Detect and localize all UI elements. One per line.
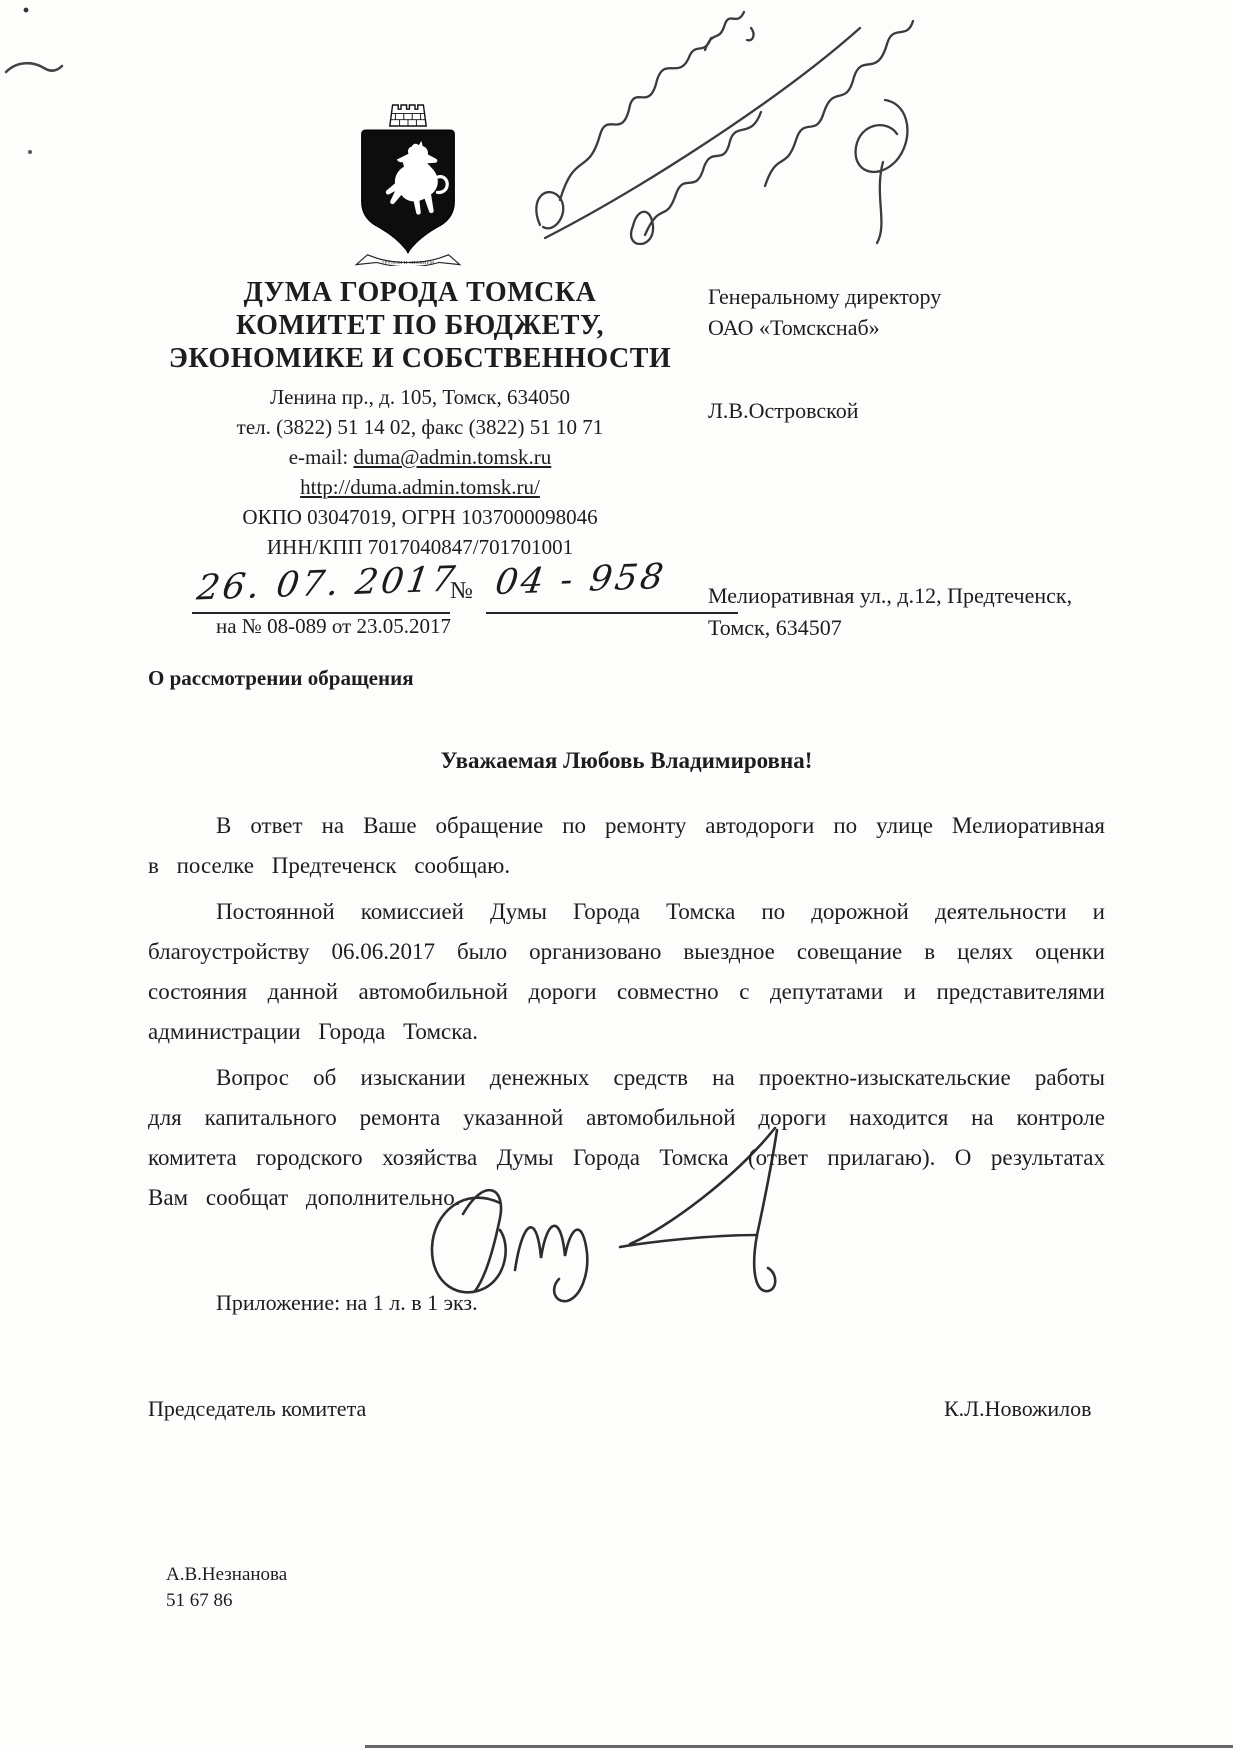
signer-title: Председатель комитета bbox=[148, 1396, 366, 1422]
outgoing-date-handwritten: 26. 07. 2017 bbox=[194, 559, 460, 608]
motto-ribbon: ТРУДОМ И ЗНАНИЕМ bbox=[356, 255, 460, 266]
subject-line: О рассмотрении обращения bbox=[148, 666, 414, 691]
org-name-line1: ДУМА ГОРОДА ТОМСКА bbox=[120, 276, 720, 309]
body-paragraph: Постоянной комиссией Думы Города Томска … bbox=[148, 892, 1105, 1052]
letterhead-email-line: e-mail: duma@admin.tomsk.ru bbox=[140, 442, 700, 472]
recipient-name: Л.В.Островской bbox=[708, 398, 859, 424]
recipient-address: Мелиоративная ул., д.12, Предтеченск, То… bbox=[708, 580, 1072, 644]
recipient-title: Генеральному директору bbox=[708, 281, 941, 312]
number-sign: № bbox=[450, 578, 473, 605]
org-name-line3: ЭКОНОМИКЕ И СОБСТВЕННОСТИ bbox=[120, 342, 720, 375]
recipient-address-line1: Мелиоративная ул., д.12, Предтеченск, bbox=[708, 580, 1072, 612]
letterhead-org-name: ДУМА ГОРОДА ТОМСКА КОМИТЕТ ПО БЮДЖЕТУ, Э… bbox=[120, 276, 720, 375]
org-name-line2: КОМИТЕТ ПО БЮДЖЕТУ, bbox=[120, 309, 720, 342]
reply-reference: на № 08-089 от 23.05.2017 bbox=[216, 614, 451, 639]
scan-stray-marks bbox=[0, 0, 90, 170]
executor-name: А.В.Незнанова bbox=[166, 1562, 287, 1588]
scan-edge-artifact bbox=[365, 1745, 1233, 1748]
tomsk-coat-of-arms: ТРУДОМ И ЗНАНИЕМ bbox=[352, 98, 464, 266]
scanned-letter-page: ТРУДОМ И ЗНАНИЕМ ДУМА ГОРОДА ТОМСКА КОМИ… bbox=[0, 0, 1233, 1750]
salutation: Уважаемая Любовь Владимировна! bbox=[148, 748, 1105, 774]
letterhead-inn-kpp: ИНН/КПП 7017040847/701701001 bbox=[140, 532, 700, 562]
body-paragraph: В ответ на Ваше обращение по ремонту авт… bbox=[148, 806, 1105, 886]
letterhead-okpo-ogrn: ОКПО 03047019, ОГРН 1037000098046 bbox=[140, 502, 700, 532]
letterhead-contacts: Ленина пр., д. 105, Томск, 634050 тел. (… bbox=[140, 382, 700, 562]
email-label: e-mail: bbox=[289, 445, 354, 469]
outgoing-number-handwritten: 04 - 958 bbox=[493, 557, 669, 603]
emblem-motto-text: ТРУДОМ И ЗНАНИЕМ bbox=[382, 260, 435, 265]
letterhead-email: duma@admin.tomsk.ru bbox=[353, 445, 551, 469]
mural-crown-icon bbox=[390, 105, 426, 126]
recipient-block: Генеральному директору ОАО «Томскснаб» bbox=[708, 281, 941, 343]
number-underline bbox=[486, 612, 738, 614]
executor-block: А.В.Незнанова 51 67 86 bbox=[166, 1562, 287, 1614]
handwritten-annotation bbox=[515, 0, 915, 245]
shield-icon bbox=[362, 130, 454, 253]
recipient-company: ОАО «Томскснаб» bbox=[708, 312, 941, 343]
executor-phone: 51 67 86 bbox=[166, 1588, 287, 1614]
letterhead-website: http://duma.admin.tomsk.ru/ bbox=[140, 472, 700, 502]
letterhead-address: Ленина пр., д. 105, Томск, 634050 bbox=[140, 382, 700, 412]
signer-name: К.Л.Новожилов bbox=[944, 1396, 1092, 1422]
letterhead-phone: тел. (3822) 51 14 02, факс (3822) 51 10 … bbox=[140, 412, 700, 442]
recipient-address-line2: Томск, 634507 bbox=[708, 612, 1072, 644]
signature-scrawl bbox=[405, 1118, 805, 1303]
